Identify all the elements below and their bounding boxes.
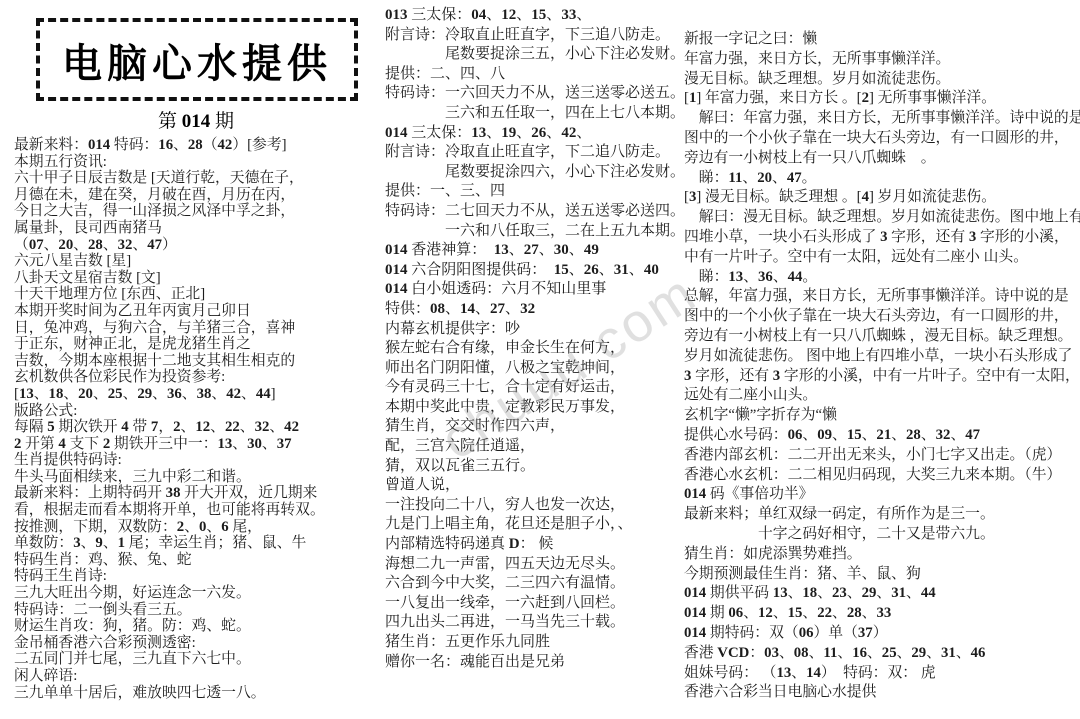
text-line: 中有一片叶子。空中有一太阳，远处有二座小 山头。 [684, 248, 1080, 268]
text-line: 姐妹号码： （13、14） 特码：双： 虎 [684, 664, 1080, 684]
text-line: 四堆小草，一块小石头形成了 3 字形，还有 3 字形的小溪， [684, 228, 1080, 248]
title-box: 电脑心水提供 [36, 18, 358, 101]
text-line: 版路公式: [14, 403, 378, 420]
text-line: 旁边有一小树枝上有一只八爪蜘蛛 。 [684, 149, 1080, 169]
text-line: 猪生肖：五更作乐九同胜 [385, 633, 681, 653]
text-line: 看，根据走而看本期将开单，也可能将再转双。 [14, 502, 378, 519]
text-line: 年富力强，来日方长，无所事事懒洋洋。 [684, 50, 1080, 70]
text-line: 曾道人说， [385, 476, 681, 496]
text-line: 014 期供平码 13、18、23、29、31、44 [684, 584, 1080, 604]
text-line: 金吊桶香港六合彩预测透密: [14, 635, 378, 652]
text-line: 猜生肖：如虎添巽势难挡。 [684, 545, 1080, 565]
text-line: 六合到今中大奖，二三四六有温情。 [385, 574, 681, 594]
text-line: 特码诗：二七回天力不从，送五送零必送四。 [385, 202, 681, 222]
text-line: 睇：13、36、44。 [684, 268, 1080, 288]
text-line: 2 开第 4 支下 2 期铁开三中一：13、30、37 [14, 436, 378, 453]
text-line: 014 三太保：13、19、26、42、 [385, 124, 681, 144]
text-line: 属量卦，艮司西南猪马 [14, 220, 378, 237]
text-line: 香港心水玄机：二二相见归码现，大奖三九来本期。（牛） [684, 466, 1080, 486]
text-line: 一八复出一线牵，一六赶到八回栏。 [385, 594, 681, 614]
text-line: 于正东，财神正北，是虎龙猪生肖之 [14, 336, 378, 353]
text-line: 日，兔冲鸡，与狗六合，与羊猪三合，喜神 [14, 320, 378, 337]
text-line: 配，三宫六院任逍遥， [385, 437, 681, 457]
text-line: 提供心水号码：06、09、15、21、28、32、47 [684, 426, 1080, 446]
text-line: 三九大旺出今期，好运连念一六发。 [14, 585, 378, 602]
text-line: 内部精选特码递真 D： 候 [385, 535, 681, 555]
text-line: 总解，年富力强，来日方长，无所事事懒洋洋。诗中说的是 [684, 287, 1080, 307]
text-line: 每隔 5 期次铁开 4 带 7，2、12、22、32、42 [14, 419, 378, 436]
right-column-lines: 新报一字记之曰：懒年富力强，来日方长，无所事事懒洋洋。漫无目标。缺乏理想。岁月如… [684, 30, 1080, 703]
text-line: 本期开奖时间为乙丑年丙寅月己卯日 [14, 303, 378, 320]
text-line: 睇：11、20、47。 [684, 169, 1080, 189]
text-line: 特码生肖：鸡、猴、兔、蛇 [14, 552, 378, 569]
text-line: 二五同门并七尾，三九直下六七中。 [14, 651, 378, 668]
text-line: 牛头马面相续来，三九中彩二和谐。 [14, 469, 378, 486]
text-line: 附言诗：冷取直止旺直字，下三追八防走。 [385, 26, 681, 46]
text-line: 赠你一名：魂能百出是兄弟 [385, 653, 681, 673]
text-line: 十字之码好相守，二十又是带六九。 [684, 525, 1080, 545]
text-line: 今有灵码三十七，合十定有好运击， [385, 378, 681, 398]
text-line: 解曰：年富力强，来日方长，无所事事懒洋洋。诗中说的是 [684, 109, 1080, 129]
text-line: 财运生肖攻：狗，猪。防：鸡、蛇。 [14, 618, 378, 635]
text-line: 014 期 06、12、15、22、28、33 [684, 604, 1080, 624]
left-column-lines: 最新来料：014 特码：16、28（42）[参考]本期五行资讯:六十甲子日辰吉数… [14, 137, 378, 701]
text-line: 提供：一、三、四 [385, 182, 681, 202]
left-column: 电脑心水提供 第 014 期 最新来料：014 特码：16、28（42）[参考]… [14, 10, 378, 701]
text-line: 最新来料；单红双绿一码定，有所作为是三一。 [684, 505, 1080, 525]
text-line: 本期中奖此中贵，定教彩民万事发， [385, 398, 681, 418]
text-line: 旁边有一小树枝上有一只八爪蜘蛛 ，漫无目标。缺乏理想。 [684, 327, 1080, 347]
text-line: 六元八星吉数 [星] [14, 253, 378, 270]
issue-number: 第 014 期 [14, 106, 378, 133]
text-line: 今期预测最佳生肖：猪、羊、鼠、狗 [684, 565, 1080, 585]
text-line: 闲人碎语: [14, 668, 378, 685]
text-line: 3 字形，还有 3 字形的小溪，中有一片叶子。空中有一太阳， [684, 367, 1080, 387]
text-line: 最新来料：014 特码：16、28（42）[参考] [14, 137, 378, 154]
text-line: 猜，双以瓦雀三五行。 [385, 457, 681, 477]
text-line: 特码诗：二一倒头看三五。 [14, 602, 378, 619]
text-line: 岁月如流徒悲伤。 图中地上有四堆小草，一块小石头形成了 [684, 347, 1080, 367]
middle-column-lines: 013 三太保：04、12、15、33、附言诗：冷取直止旺直字，下三追八防走。 … [385, 6, 681, 672]
text-line: 远处有二座小山头。 [684, 386, 1080, 406]
text-line: 解曰：漫无目标。缺乏理想。岁月如流徒悲伤。图中地上有 [684, 208, 1080, 228]
text-line: [1] 年富力强，来日方长 。[2] 无所事事懒洋洋。 [684, 89, 1080, 109]
text-line: 014 六合阴阳图提供码： 15、26、31、40 [385, 261, 681, 281]
text-line: 月德在未，建在癸，月破在酉，月历在丙， [14, 187, 378, 204]
text-line: 师出名门阴阳懂，八极之宝乾坤间， [385, 359, 681, 379]
text-line: 特码王生肖诗: [14, 568, 378, 585]
text-line: 香港六合彩当日电脑心水提供 [684, 683, 1080, 703]
text-line: 三九单单十居后，难放映四七透一八。 [14, 685, 378, 702]
text-line: 十天干地理方位 [东西、正北] [14, 286, 378, 303]
text-line: 香港内部玄机：二二开出无来头，小门七字又出走。（虎） [684, 446, 1080, 466]
text-line: 内幕玄机提供字：吵 [385, 320, 681, 340]
text-line: 尾数要捉涂三五，小心下注必发财。 [385, 45, 681, 65]
text-line: 提供：二、四、八 [385, 65, 681, 85]
text-line: 猜生肖，交交时作四六声， [385, 417, 681, 437]
text-line: 玄机数供各位彩民作为投资参考: [14, 369, 378, 386]
text-line: 图中的一个小伙子靠在一块大石头旁边，有一口圆形的井， [684, 129, 1080, 149]
text-line: 新报一字记之曰：懒 [684, 30, 1080, 50]
text-line: 单数防：3、9、1 尾；幸运生肖；猪、鼠、牛 [14, 535, 378, 552]
text-line: [13、18、20、25、29、36、38、42、44] [14, 386, 378, 403]
text-line: [3] 漫无目标。缺乏理想 。[4] 岁月如流徒悲伤。 [684, 188, 1080, 208]
text-line: 013 三太保：04、12、15、33、 [385, 6, 681, 26]
text-line: 生肖提供特码诗: [14, 452, 378, 469]
text-line: 六十甲子日辰吉数是 [天道行乾，天德在子， [14, 170, 378, 187]
text-line: 尾数要捉涂四六，小心下注必发财。 [385, 163, 681, 183]
text-line: 猴左蛇右合有缘，申金长生在何方， [385, 339, 681, 359]
text-line: 014 香港神算： 13、27、30、49 [385, 241, 681, 261]
text-line: 三六和五任取一，四在上七八本期。 [385, 104, 681, 124]
right-column: 新报一字记之曰：懒年富力强，来日方长，无所事事懒洋洋。漫无目标。缺乏理想。岁月如… [684, 30, 1080, 703]
text-line: 四九出头二再进，一马当先三十载。 [385, 613, 681, 633]
text-line: 最新来料：上期特码开 38 开大开双，近几期来 [14, 485, 378, 502]
text-line: 漫无目标。缺乏理想。岁月如流徒悲伤。 [684, 70, 1080, 90]
text-line: （07、20、28、32、47） [14, 237, 378, 254]
text-line: 特码诗：一六回天力不从，送三送零必送五。 [385, 84, 681, 104]
middle-column: 013 三太保：04、12、15、33、附言诗：冷取直止旺直字，下三追八防走。 … [385, 6, 681, 672]
text-line: 附言诗：冷取直止旺直字，下二追八防走。 [385, 143, 681, 163]
text-line: 八卦天文星宿吉数 [文] [14, 270, 378, 287]
page-title: 电脑心水提供 [62, 42, 332, 86]
text-line: 014 期特码：双（06）单（37） [684, 624, 1080, 644]
text-line: 香港 VCD：03、08、11、16、25、29、31、46 [684, 644, 1080, 664]
text-line: 一注投向二十八，穷人也发一次达， [385, 496, 681, 516]
text-line: 特供：08、14、27、32 [385, 300, 681, 320]
text-line: 玄机字“懒”字折存为“懒 [684, 406, 1080, 426]
text-line: 图中的一个小伙子靠在一块大石头旁边，有一口圆形的井， [684, 307, 1080, 327]
text-line: 今日之大吉，得一山泽损之风泽中孚之卦， [14, 203, 378, 220]
text-line: 九是门上唱主角，花旦还是胆子小，、 [385, 515, 681, 535]
text-line: 本期五行资讯: [14, 154, 378, 171]
text-line: 吉数，今期本座根据十二地支其相生相克的 [14, 353, 378, 370]
text-line: 一六和八任取三，二在上五九本期。 [385, 222, 681, 242]
text-line: 海想二九一声雷，四五天边无尽头。 [385, 555, 681, 575]
text-line: 014 白小姐透码：六月不知山里事 [385, 280, 681, 300]
text-line: 按推测，下期，双数防：2、0、6 尾， [14, 519, 378, 536]
text-line: 014 码《事倍功半》 [684, 485, 1080, 505]
